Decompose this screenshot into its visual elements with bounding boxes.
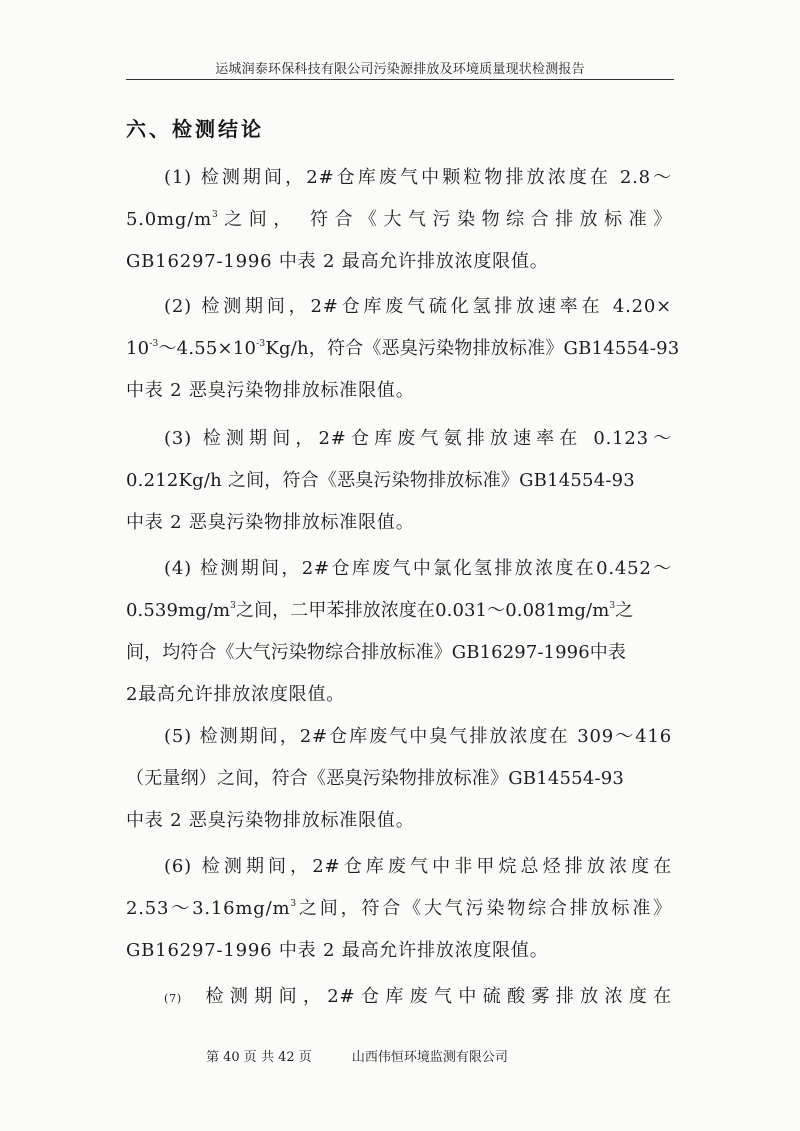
conclusion-item-4: (4) 检测期间，2#仓库废气中氯化氢排放浓度在0.452～ 0.539mg/m…	[126, 548, 672, 716]
conclusion-item-1: (1) 检测期间，2#仓库废气中颗粒物排放浓度在 2.8～ 5.0mg/m3之间…	[126, 157, 672, 283]
header-divider	[126, 79, 674, 80]
conclusion-item-2: (2) 检测期间，2#仓库废气硫化氢排放速率在 4.20× 10-3～4.55×…	[126, 286, 672, 412]
page-number: 第 40 页 共 42 页	[206, 1050, 312, 1065]
conclusion-item-7: (7)检测期间，2#仓库废气中硫酸雾排放浓度在	[126, 976, 672, 1020]
section-title: 六、检测结论	[126, 113, 264, 142]
footer-company: 山西伟恒环境监测有限公司	[352, 1050, 508, 1065]
report-title: 运城润泰环保科技有限公司污染源排放及环境质量现状检测报告	[126, 58, 674, 77]
conclusion-item-6: (6) 检测期间，2#仓库废气中非甲烷总烃排放浓度在 2.53～3.16mg/m…	[126, 846, 672, 972]
conclusion-item-5: (5) 检测期间，2#仓库废气中臭气排放浓度在 309～416 （无量纲）之间，…	[126, 716, 672, 842]
conclusion-item-3: (3) 检测期间，2#仓库废气氨排放速率在 0.123～ 0.212Kg/h 之…	[126, 418, 672, 544]
page-footer: 第 40 页 共 42 页 山西伟恒环境监测有限公司	[206, 1046, 508, 1065]
